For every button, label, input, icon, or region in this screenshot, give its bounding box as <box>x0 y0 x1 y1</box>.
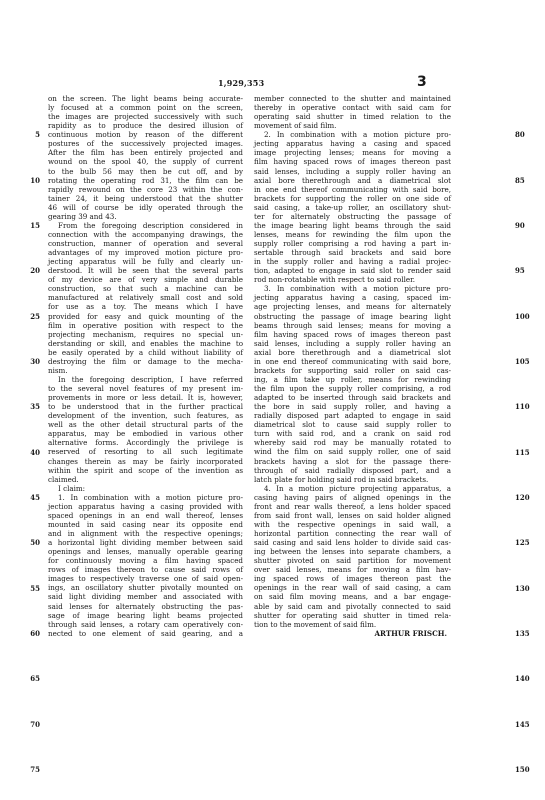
text-line: destroying the film or damage to the mec… <box>48 357 243 366</box>
text-line: horizontal partition connecting the rear… <box>254 529 451 538</box>
text-line: able by said cam and pivotally connected… <box>254 602 451 611</box>
line-number: 135 <box>515 629 530 638</box>
text-line: continuous motion by reason of the diffe… <box>48 130 243 139</box>
text-line: film having spaced rows of images thereo… <box>254 157 451 166</box>
line-number: 35 <box>30 402 40 411</box>
text-line: brackets having a slot for the passage t… <box>254 457 451 466</box>
text-line: 4. In a motion picture projecting appara… <box>254 484 451 493</box>
text-line: provided for easy and quick mounting of … <box>48 312 243 321</box>
text-line: the images are projected successively wi… <box>48 112 243 121</box>
line-number: 75 <box>30 765 40 774</box>
text-line: projecting mechanism, requires no specia… <box>48 330 243 339</box>
text-line: brackets for supporting said roller on s… <box>254 366 451 375</box>
line-number: 10 <box>30 176 40 185</box>
text-line: supply roller comprising a rod having a … <box>254 239 451 248</box>
text-line: image projecting lenses; means for movin… <box>254 148 451 157</box>
text-line: latch plate for holding said rod in said… <box>254 475 451 484</box>
text-line: manufactured at relatively small cost an… <box>48 293 243 302</box>
text-line: from said front wall, lenses on said hol… <box>254 511 451 520</box>
line-number: 145 <box>515 720 530 729</box>
text-line: nected to one element of said gearing, a… <box>48 629 243 638</box>
text-line: 2. In combination with a motion picture … <box>254 130 451 139</box>
line-number: 100 <box>515 312 530 321</box>
text-line: for continuously moving a film having sp… <box>48 556 243 565</box>
text-line: ing between the lenses into separate cha… <box>254 547 451 556</box>
text-line: in the supply roller and having a radial… <box>254 257 451 266</box>
text-line: radially disposed part adapted to engage… <box>254 411 451 420</box>
page-number: 3 <box>417 74 427 90</box>
text-line: said lenses, including a supply roller h… <box>254 167 451 176</box>
line-number: 65 <box>30 674 40 683</box>
inventor-signature: ARTHUR FRISCH. <box>254 629 451 638</box>
text-line: apparatus, may be embodied in various ot… <box>48 429 243 438</box>
line-number: 20 <box>30 266 40 275</box>
text-line: whereby said rod may be manually rotated… <box>254 438 451 447</box>
text-line: over said lenses, means for moving a fil… <box>254 565 451 574</box>
text-line: rotating the operating rod 31, the film … <box>48 176 243 185</box>
text-line: mounted in said casing near its opposite… <box>48 520 243 529</box>
text-line: be easily operated by a child without li… <box>48 348 243 357</box>
line-number: 150 <box>515 765 530 774</box>
left-text-column: on the screen. The light beams being acc… <box>48 94 243 638</box>
text-line: openings in the rear wall of said casing… <box>254 583 451 592</box>
line-number: 45 <box>30 493 40 502</box>
text-line: ter for alternately obstructing the pass… <box>254 212 451 221</box>
text-line: age projecting lenses, and means for alt… <box>254 302 451 311</box>
text-line: jecting apparatus having a casing, space… <box>254 293 451 302</box>
text-line: casing having pairs of aligned openings … <box>254 493 451 502</box>
text-line: adapted to be inserted through said brac… <box>254 393 451 402</box>
claims-heading: I claim: <box>48 484 243 493</box>
text-line: axial bore therethrough and a diametrica… <box>254 176 451 185</box>
line-number: 40 <box>30 448 40 457</box>
line-number: 60 <box>30 629 40 638</box>
text-line: well as the other detail structural part… <box>48 420 243 429</box>
text-line: ings, an oscillatory shutter pivotally m… <box>48 583 243 592</box>
line-number: 140 <box>515 674 530 683</box>
text-line: wound on the spool 40, the supply of cur… <box>48 157 243 166</box>
text-line: the film upon the supply roller comprisi… <box>254 384 451 393</box>
line-number: 125 <box>515 538 530 547</box>
text-line: of my device are of very simple and dura… <box>48 275 243 284</box>
line-number: 110 <box>515 402 530 411</box>
text-line: said light dividing member and associate… <box>48 592 243 601</box>
text-line: ly focused at a common point on the scre… <box>48 103 243 112</box>
text-line: operating said shutter in timed relation… <box>254 112 451 121</box>
patent-number: 1,929,353 <box>218 78 264 88</box>
text-line: sage of image bearing light beams projec… <box>48 611 243 620</box>
text-line: jecting apparatus will be fully and clea… <box>48 257 243 266</box>
line-number: 130 <box>515 584 530 593</box>
text-line: nism. <box>48 366 243 375</box>
text-line: film having spaced rows of images thereo… <box>254 330 451 339</box>
text-line: rows of images thereon to cause said row… <box>48 565 243 574</box>
text-line: construction, so that such a machine can… <box>48 284 243 293</box>
text-line: claimed. <box>48 475 243 484</box>
text-line: After the film has been entirely project… <box>48 148 243 157</box>
text-line: on said film moving means, and a bar eng… <box>254 592 451 601</box>
text-line: connection with the accompanying drawing… <box>48 230 243 239</box>
text-line: diametrical slot to cause said supply ro… <box>254 420 451 429</box>
text-line: beams through said lenses; means for mov… <box>254 321 451 330</box>
text-line: shutter pivoted on said partition for mo… <box>254 556 451 565</box>
line-number: 15 <box>30 221 40 230</box>
line-number: 115 <box>515 448 530 457</box>
text-line: derstanding or skill, and enables the ma… <box>48 339 243 348</box>
text-line: the bore in said supply roller, and havi… <box>254 402 451 411</box>
text-line: in one end thereof communicating with sa… <box>254 357 451 366</box>
text-line: openings and lenses, manually operable g… <box>48 547 243 556</box>
line-number: 25 <box>30 312 40 321</box>
text-line: wind the film on said supply roller, one… <box>254 447 451 456</box>
text-line: postures of the successively projected i… <box>48 139 243 148</box>
text-line: tion, adapted to engage in said slot to … <box>254 266 451 275</box>
line-number: 5 <box>35 130 40 139</box>
line-number: 105 <box>515 357 530 366</box>
text-line: 3. In combination with a motion picture … <box>254 284 451 293</box>
text-line: 46 will of course be idly operated throu… <box>48 203 243 212</box>
text-line: jection apparatus having a casing provid… <box>48 502 243 511</box>
text-line: development of the invention, such featu… <box>48 411 243 420</box>
text-line: through of said radially disposed part, … <box>254 466 451 475</box>
line-number: 120 <box>515 493 530 502</box>
text-line: tion to the movement of said film. <box>254 620 451 629</box>
text-line: for use as a toy. The means which I have <box>48 302 243 311</box>
text-line: within the spirit and scope of the inven… <box>48 466 243 475</box>
text-line: with the respective openings in said wal… <box>254 520 451 529</box>
text-line: rod non-rotatable with respect to said r… <box>254 275 451 284</box>
right-text-column: member connected to the shutter and main… <box>254 94 451 638</box>
page-header: 1,929,353 3 <box>0 76 545 92</box>
text-line: gearing 39 and 43. <box>48 212 243 221</box>
text-line: ing spaced rows of images thereon past t… <box>254 574 451 583</box>
line-number: 55 <box>30 584 40 593</box>
text-line: advantages of my improved motion picture… <box>48 248 243 257</box>
line-number: 30 <box>30 357 40 366</box>
text-line: a horizontal light dividing member betwe… <box>48 538 243 547</box>
text-line: brackets for supporting the roller on on… <box>254 194 451 203</box>
text-line: images to respectively traverse one of s… <box>48 574 243 583</box>
text-line: said casing, a take-up roller, an oscill… <box>254 203 451 212</box>
text-line: In the foregoing description, I have ref… <box>48 375 243 384</box>
text-line: jecting apparatus having a casing and sp… <box>254 139 451 148</box>
text-line: rapidity as to produce the desired illus… <box>48 121 243 130</box>
line-number: 50 <box>30 538 40 547</box>
text-line: and in alignment with the respective ope… <box>48 529 243 538</box>
text-line: the image bearing light beams through th… <box>254 221 451 230</box>
text-line: thereby in operative contact with said c… <box>254 103 451 112</box>
text-line: derstood. It will be seen that the sever… <box>48 266 243 275</box>
line-number: 70 <box>30 720 40 729</box>
text-line: to the several novel features of my pres… <box>48 384 243 393</box>
text-line: to the bulb 56 may then be cut off, and … <box>48 167 243 176</box>
text-line: changes therein as may be fairly incorpo… <box>48 457 243 466</box>
text-line: film in operative position with respect … <box>48 321 243 330</box>
text-line: From the foregoing description considere… <box>48 221 243 230</box>
text-line: 1. In combination with a motion picture … <box>48 493 243 502</box>
line-number: 80 <box>515 130 525 139</box>
text-line: sertable through said brackets and said … <box>254 248 451 257</box>
text-line: shutter for operating said shutter in ti… <box>254 611 451 620</box>
text-line: on the screen. The light beams being acc… <box>48 94 243 103</box>
text-line: member connected to the shutter and main… <box>254 94 451 103</box>
text-line: said casing and said lens holder to divi… <box>254 538 451 547</box>
text-line: ing, a film take up roller, means for re… <box>254 375 451 384</box>
text-line: turn with said rod, and a crank on said … <box>254 429 451 438</box>
text-line: to be understood that in the further pra… <box>48 402 243 411</box>
text-line: axial bore therethrough and a diametrica… <box>254 348 451 357</box>
text-line: tainer 24, it being understood that the … <box>48 194 243 203</box>
text-line: alternative forms. Accordingly the privi… <box>48 438 243 447</box>
line-number: 90 <box>515 221 525 230</box>
text-line: reserved of resorting to all such legiti… <box>48 447 243 456</box>
text-line: spaced openings in an end wall thereof, … <box>48 511 243 520</box>
text-line: construction, manner of operation and se… <box>48 239 243 248</box>
line-number: 85 <box>515 176 525 185</box>
text-line: through said lenses, a rotary cam operat… <box>48 620 243 629</box>
text-line: lenses, means for rewinding the film upo… <box>254 230 451 239</box>
text-line: rapidly rewound on the core 23 within th… <box>48 185 243 194</box>
text-line: said lenses for alternately obstructing … <box>48 602 243 611</box>
text-line: in one end thereof communicating with sa… <box>254 185 451 194</box>
line-number: 95 <box>515 266 525 275</box>
text-line: obstructing the passage of image bearing… <box>254 312 451 321</box>
text-line: said lenses, including a supply roller h… <box>254 339 451 348</box>
text-line: movement of said film. <box>254 121 451 130</box>
text-line: front and rear walls thereof, a lens hol… <box>254 502 451 511</box>
text-line: provements in more or less detail. It is… <box>48 393 243 402</box>
